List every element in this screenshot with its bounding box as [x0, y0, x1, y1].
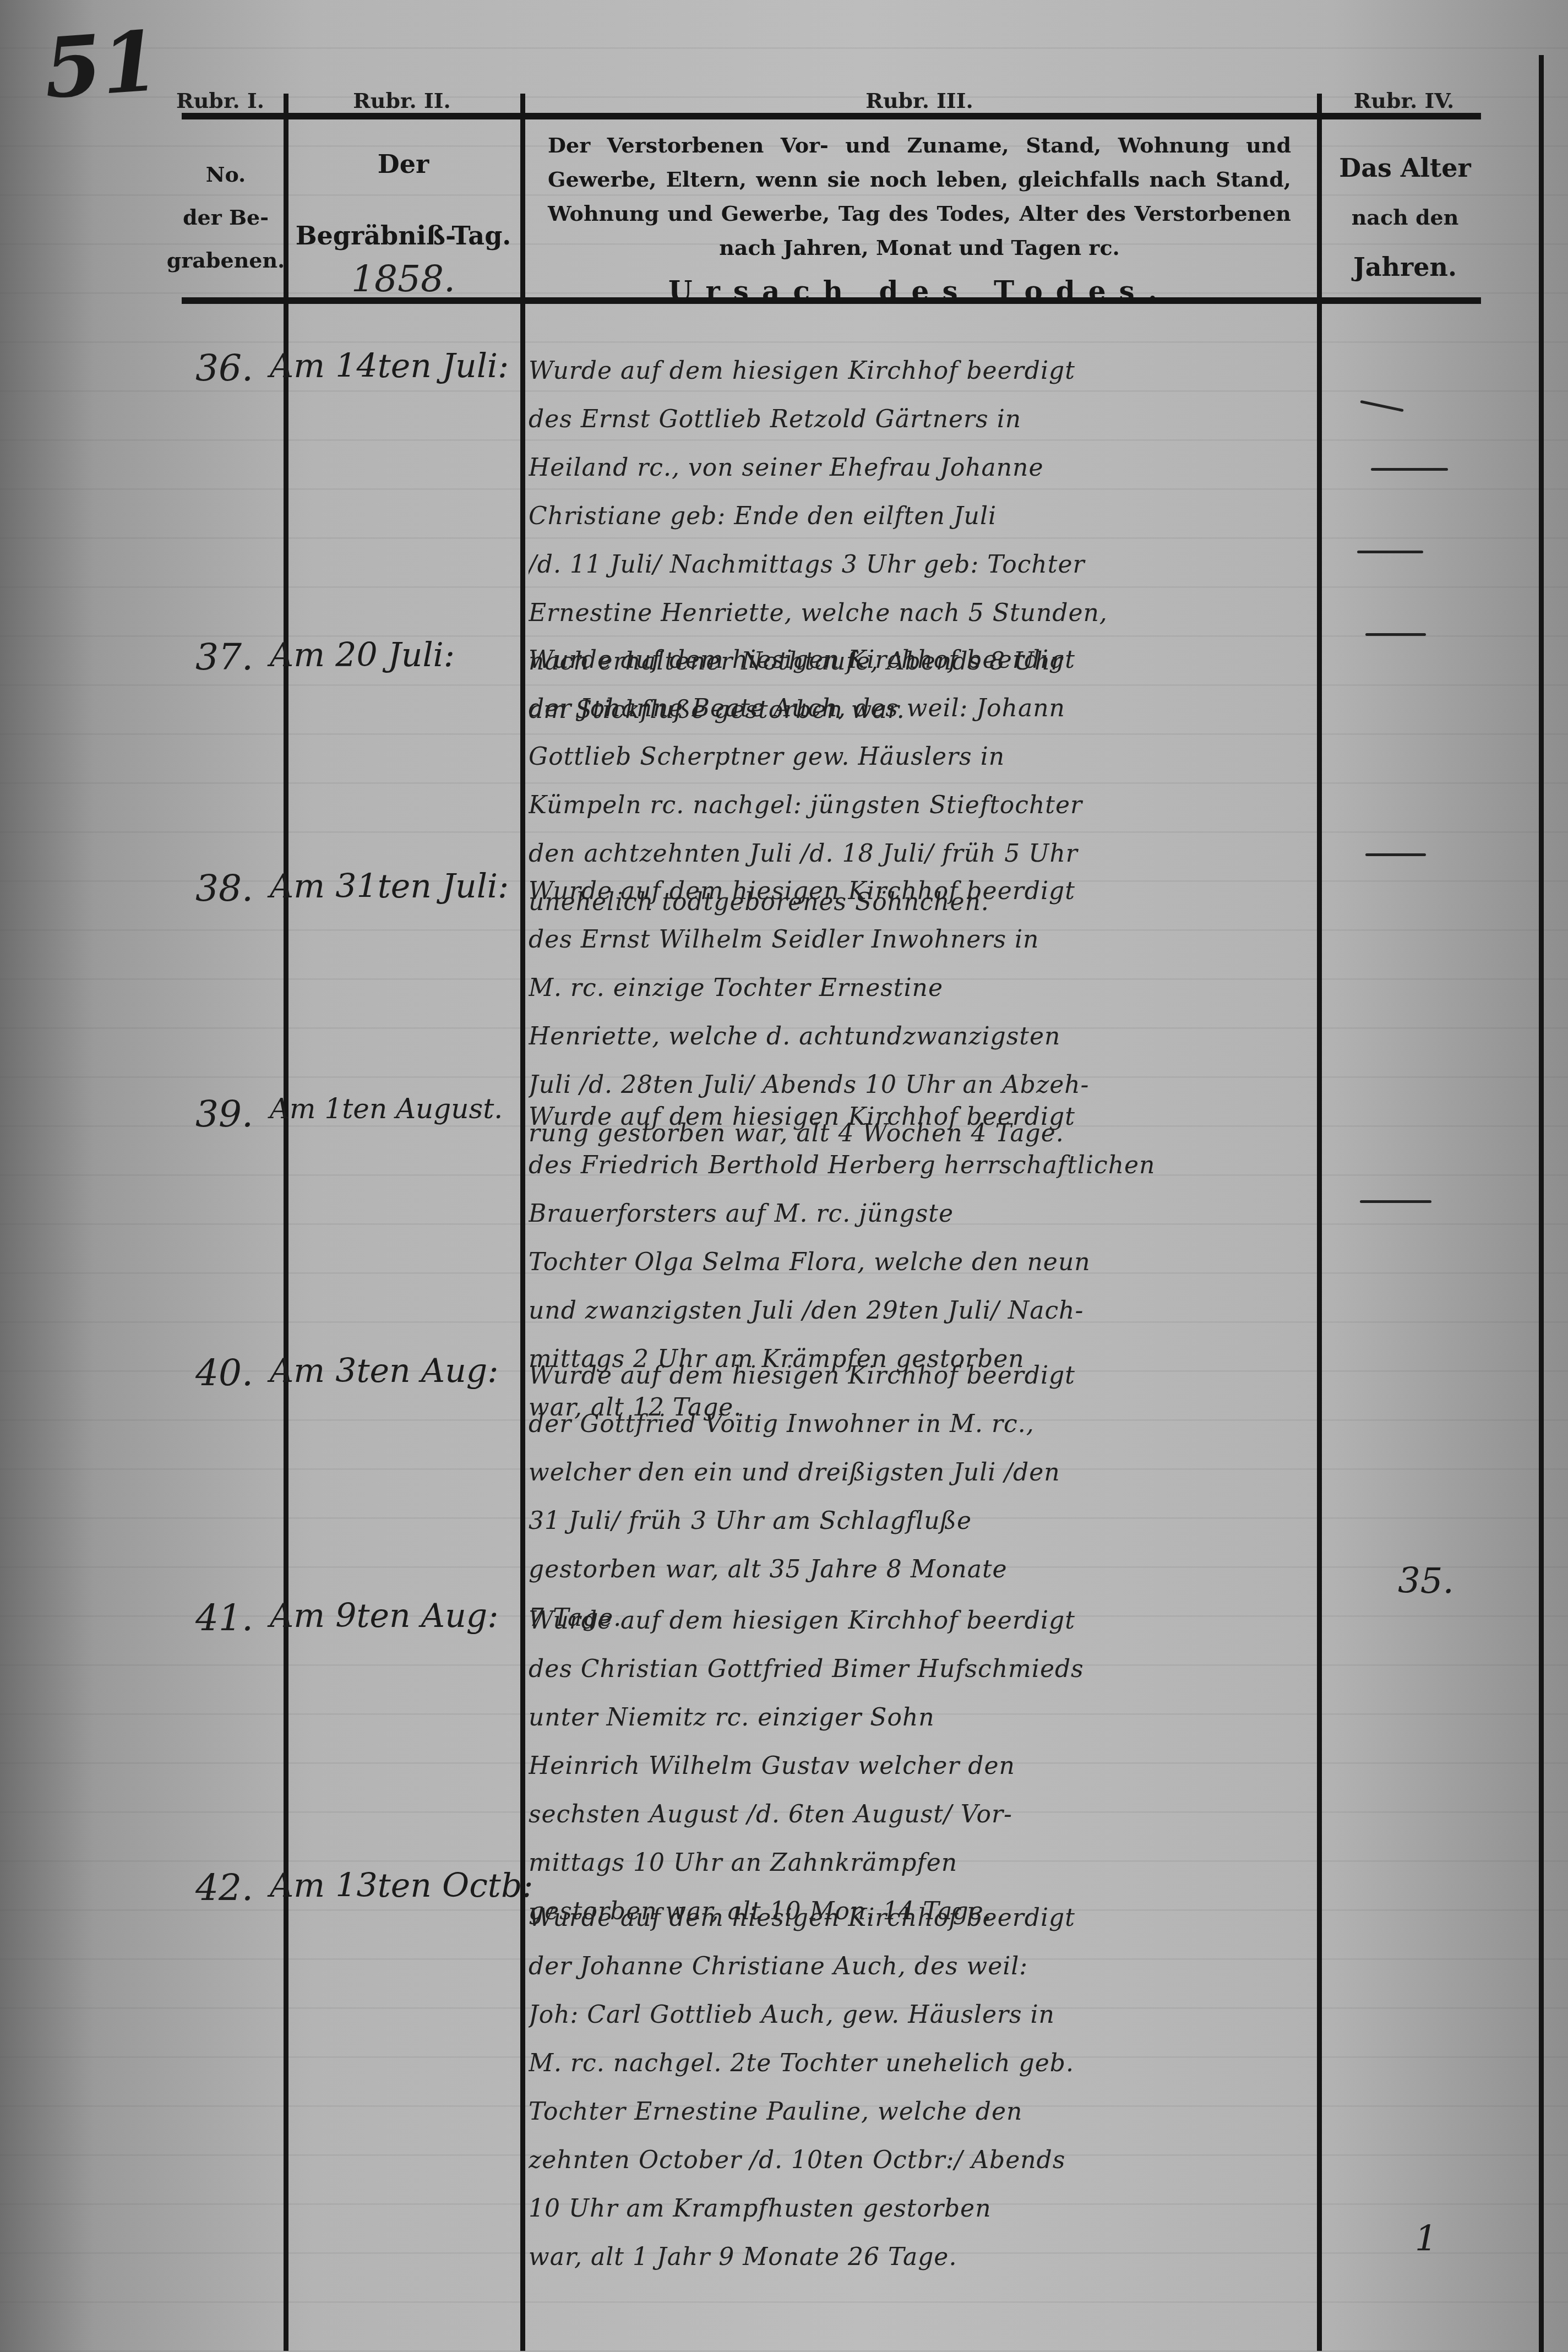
- entry-burial-date: Am 13ten Octb:: [270, 1866, 512, 1905]
- entry-number: 39.: [176, 1093, 253, 1135]
- entry-line: Heinrich Wilhelm Gustav welcher den: [529, 1742, 1310, 1790]
- entry-burial-date: Am 14ten Juli:: [270, 347, 512, 385]
- column-divider-3: [1317, 94, 1322, 2351]
- entry-text: Wurde auf dem hiesigen Kirchhof beerdigt…: [529, 1894, 1310, 2282]
- entry-line: des Christian Gottfried Bimer Hufschmied…: [529, 1645, 1310, 1694]
- rubric-4-label: Rubr. IV.: [1321, 88, 1487, 113]
- header-line: Begräbniß-Tag.: [296, 211, 511, 260]
- header-burial-day: Der Begräbniß-Tag. 1858.: [289, 129, 518, 306]
- entry-number: 42.: [176, 1866, 253, 1909]
- entry-burial-date: Am 3ten Aug:: [270, 1352, 512, 1390]
- entry-line: des Ernst Wilhelm Seidler Inwohners in: [529, 916, 1310, 964]
- entry-line: Kümpeln rc. nachgel: jüngsten Stieftocht…: [529, 781, 1310, 830]
- entry-line: Heiland rc., von seiner Ehefrau Johanne: [529, 444, 1310, 492]
- entry-number: 41.: [176, 1597, 253, 1639]
- entry-line: mittags 10 Uhr an Zahnkrämpfen: [529, 1839, 1310, 1887]
- entry-line: und zwanzigsten Juli /den 29ten Juli/ Na…: [529, 1287, 1310, 1335]
- entry-line: Ernestine Henriette, welche nach 5 Stund…: [529, 589, 1310, 638]
- rubric-1-label: Rubr. I.: [165, 88, 275, 113]
- rubric-3-label: Rubr. III.: [523, 88, 1316, 113]
- entry-line: /d. 11 Juli/ Nachmittags 3 Uhr geb: Toch…: [529, 541, 1310, 589]
- column-divider-2: [520, 94, 525, 2351]
- entry-number: 37.: [176, 636, 253, 678]
- entry-line: der Gottfried Voitig Inwohner in M. rc.,: [529, 1400, 1310, 1449]
- entry-burial-date: Am 1ten August.: [270, 1093, 512, 1125]
- entry-text: Wurde auf dem hiesigen Kirchhof beerdigt…: [529, 1597, 1310, 1936]
- column-divider-4: [1539, 55, 1544, 2352]
- entry-age: 1: [1365, 2219, 1487, 2260]
- entry-line: Christiane geb: Ende den eilften Juli: [529, 492, 1310, 541]
- entry-line: Tochter Olga Selma Flora, welche den neu…: [529, 1238, 1310, 1287]
- margin-dash-mark: [1371, 468, 1448, 471]
- margin-dash-mark: [1365, 633, 1426, 636]
- entry-line: der Johanne Beate Auch, des weil: Johann: [529, 684, 1310, 733]
- entry-line: Wurde auf dem hiesigen Kirchhof beerdigt: [529, 1894, 1310, 1942]
- header-cause-of-death: Ursach des Todes.: [668, 275, 1170, 307]
- header-line: grabenen.: [167, 239, 285, 282]
- entry-number: 36.: [176, 347, 253, 389]
- entry-line: Wurde auf dem hiesigen Kirchhof beerdigt: [529, 1093, 1310, 1141]
- entry-line: Wurde auf dem hiesigen Kirchhof beerdigt: [529, 1597, 1310, 1645]
- entry-line: M. rc. nachgel. 2te Tochter unehelich ge…: [529, 2039, 1310, 2088]
- entry-line: des Ernst Gottlieb Retzold Gärtners in: [529, 395, 1310, 444]
- header-age: Das Alter nach den Jahren.: [1322, 129, 1488, 306]
- folio-number: 51: [41, 13, 162, 117]
- entry-burial-date: Am 9ten Aug:: [270, 1597, 512, 1635]
- entry-line: Tochter Ernestine Pauline, welche den: [529, 2088, 1310, 2136]
- entry-line: unter Niemitz rc. einziger Sohn: [529, 1694, 1310, 1742]
- entry-line: M. rc. einzige Tochter Ernestine: [529, 964, 1310, 1012]
- header-top-rule: [182, 113, 1481, 119]
- entry-line: welcher den ein und dreißigsten Juli /de…: [529, 1449, 1310, 1497]
- header-line: No.: [206, 153, 246, 196]
- margin-dash-mark: [1360, 1200, 1431, 1203]
- entry-number: 38.: [176, 867, 253, 910]
- register-page: 51 Rubr. I. Rubr. II. Rubr. III. Rubr. I…: [0, 0, 1568, 2352]
- column-divider-1: [284, 94, 288, 2351]
- entry-age: 35.: [1365, 1561, 1487, 1602]
- margin-dash-mark: [1360, 400, 1403, 412]
- margin-dash-mark: [1357, 551, 1423, 553]
- header-line: Der: [378, 139, 429, 189]
- entry-line: 10 Uhr am Krampfhusten gestorben: [529, 2185, 1310, 2233]
- entry-line: Gottlieb Scherptner gew. Häuslers in: [529, 733, 1310, 781]
- header-description: Der Verstorbenen Vor- und Zuname, Stand,…: [526, 128, 1313, 265]
- entry-line: sechsten August /d. 6ten August/ Vor-: [529, 1790, 1310, 1839]
- header-burial-number: No. der Be- grabenen.: [171, 129, 281, 306]
- header-line: Jahren.: [1353, 242, 1457, 292]
- entry-line: Wurde auf dem hiesigen Kirchhof beerdigt: [529, 347, 1310, 395]
- entry-line: war, alt 1 Jahr 9 Monate 26 Tage.: [529, 2233, 1310, 2282]
- entry-number: 40.: [176, 1352, 253, 1394]
- entry-line: Wurde auf dem hiesigen Kirchhof beerdigt: [529, 636, 1310, 684]
- header-line: nach den: [1352, 193, 1459, 242]
- header-deceased-details: Der Verstorbenen Vor- und Zuname, Stand,…: [526, 129, 1313, 306]
- margin-dash-mark: [1365, 853, 1426, 856]
- entry-line: Joh: Carl Gottlieb Auch, gew. Häuslers i…: [529, 1991, 1310, 2039]
- rubric-2-label: Rubr. II.: [286, 88, 518, 113]
- entry-line: Wurde auf dem hiesigen Kirchhof beerdigt: [529, 1352, 1310, 1400]
- header-line: der Be-: [183, 196, 269, 239]
- entry-line: des Friedrich Berthold Herberg herrschaf…: [529, 1141, 1310, 1190]
- entry-line: der Johanne Christiane Auch, des weil:: [529, 1942, 1310, 1991]
- header-line: Das Alter: [1339, 143, 1471, 193]
- entry-line: Wurde auf dem hiesigen Kirchhof beerdigt: [529, 867, 1310, 916]
- entry-line: gestorben war, alt 35 Jahre 8 Monate: [529, 1545, 1310, 1594]
- entry-burial-date: Am 20 Juli:: [270, 636, 512, 674]
- entry-burial-date: Am 31ten Juli:: [270, 867, 512, 906]
- entry-line: Henriette, welche d. achtundzwanzigsten: [529, 1012, 1310, 1061]
- entry-line: zehnten October /d. 10ten Octbr:/ Abends: [529, 2136, 1310, 2185]
- year-annotation: 1858.: [351, 263, 455, 296]
- entry-line: 31 Juli/ früh 3 Uhr am Schlagfluße: [529, 1497, 1310, 1545]
- entry-line: Brauerforsters auf M. rc. jüngste: [529, 1190, 1310, 1238]
